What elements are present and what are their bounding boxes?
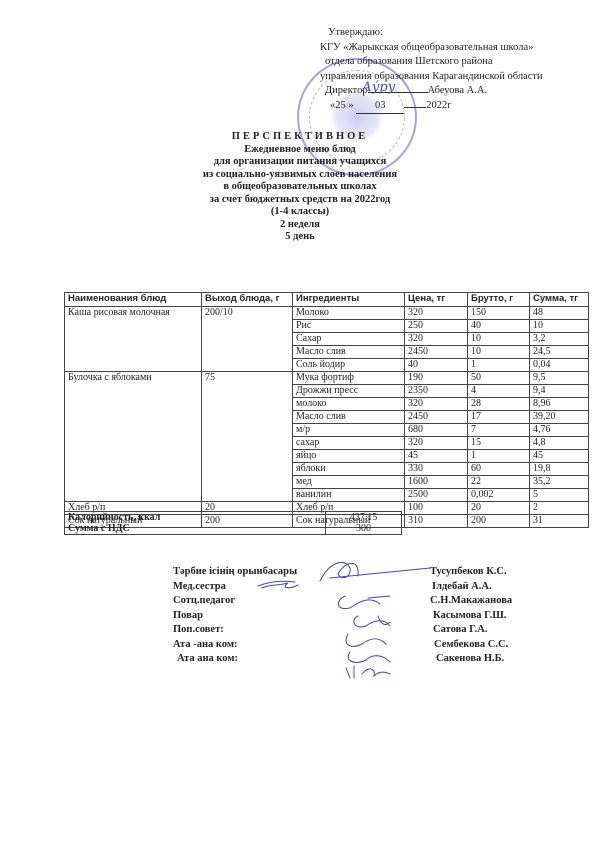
table-header-row: Наименования блюд Выход блюда, г Ингреди… — [65, 293, 589, 307]
commission-name: Касымова Г.Ш. — [430, 609, 512, 624]
director-signature: Ау́ру — [362, 80, 395, 95]
ingredient-name-cell: Мука фортиф — [293, 372, 405, 385]
ingredient-name-cell: м/р — [293, 424, 405, 437]
ingredient-name-cell: Дрожжи пресс — [293, 385, 405, 398]
price-cell: 2350 — [405, 385, 468, 398]
calories-label: Калорийность, ккал — [68, 512, 322, 523]
title-line: 2 неделя — [0, 219, 600, 232]
sum-cell: 24,5 — [530, 346, 589, 359]
title-heading: ПЕРСПЕКТИВНОЕ — [0, 131, 600, 144]
approval-line-3: отдела образования Шетского района — [320, 55, 543, 70]
table-row: Каша рисовая молочная200/10Молоко3201504… — [65, 307, 589, 320]
price-cell: 680 — [405, 424, 468, 437]
dish-yield-cell: 75 — [202, 372, 293, 502]
gross-cell: 0,002 — [468, 489, 530, 502]
dish-name-cell: Булочка с яблоками — [65, 372, 202, 502]
title-line: (1-4 классы) — [0, 206, 600, 219]
ingredient-name-cell: молоко — [293, 398, 405, 411]
sum-cell: 4,8 — [530, 437, 589, 450]
sum-cell: 5 — [530, 489, 589, 502]
sum-cell: 39,20 — [530, 411, 589, 424]
calories-value: 437,15 — [329, 512, 398, 523]
gross-cell: 60 — [468, 463, 530, 476]
gross-cell: 200 — [468, 515, 530, 528]
gross-cell: 17 — [468, 411, 530, 424]
document-title: ПЕРСПЕКТИВНОЕ Ежедневное меню блюд для о… — [0, 131, 600, 244]
price-cell: 310 — [405, 515, 468, 528]
price-cell: 320 — [405, 437, 468, 450]
approval-line-1: Утверждаю: — [320, 26, 543, 41]
price-cell: 250 — [405, 320, 468, 333]
gross-cell: 15 — [468, 437, 530, 450]
gross-cell: 10 — [468, 333, 530, 346]
totals-values: 437,15 300 — [326, 512, 402, 535]
price-cell: 40 — [405, 359, 468, 372]
commission-name: Сембекова С.С. — [430, 638, 512, 653]
price-cell: 45 — [405, 450, 468, 463]
title-line: из социально-уязвимых слоев населения — [0, 169, 600, 182]
sum-cell: 19,8 — [530, 463, 589, 476]
commission-name: С.Н.Макажанова — [430, 594, 512, 609]
header-yield: Выход блюда, г — [202, 293, 293, 307]
gross-cell: 7 — [468, 424, 530, 437]
ingredient-name-cell: яйцо — [293, 450, 405, 463]
sum-cell: 9,5 — [530, 372, 589, 385]
sum-cell: 8,96 — [530, 398, 589, 411]
totals-labels: Калорийность, ккал Сумма с НДС — [65, 512, 326, 535]
ingredient-name-cell: Сахар — [293, 333, 405, 346]
gross-cell: 50 — [468, 372, 530, 385]
approval-line-4: управления образования Карагандинской об… — [320, 70, 543, 85]
commission-name: Сакенова Н.Б. — [430, 652, 512, 667]
sum-cell: 4,76 — [530, 424, 589, 437]
commission-name: Ілдебай А.А. — [430, 580, 512, 595]
sum-cell: 45 — [530, 450, 589, 463]
header-gross: Брутто, г — [468, 293, 530, 307]
price-cell: 320 — [405, 398, 468, 411]
price-cell: 190 — [405, 372, 468, 385]
gross-cell: 20 — [468, 502, 530, 515]
commission-name: Сатова Г.А. — [430, 623, 512, 638]
price-cell: 2500 — [405, 489, 468, 502]
title-line: Ежедневное меню блюд — [0, 144, 600, 157]
ingredient-name-cell: Молоко — [293, 307, 405, 320]
sum-cell: 2 — [530, 502, 589, 515]
price-cell: 320 — [405, 307, 468, 320]
price-cell: 320 — [405, 333, 468, 346]
menu-table: Наименования блюд Выход блюда, г Ингреди… — [64, 292, 589, 528]
totals-table: Калорийность, ккал Сумма с НДС 437,15 30… — [64, 511, 402, 535]
price-cell: 2450 — [405, 411, 468, 424]
totals-row: Калорийность, ккал Сумма с НДС 437,15 30… — [65, 512, 402, 535]
dish-yield-cell: 200/10 — [202, 307, 293, 372]
approval-block: Утверждаю: КГУ «Жарыкская общеобразовате… — [320, 26, 543, 114]
approval-line-2: КГУ «Жарыкская общеобразовательная школа… — [320, 41, 543, 56]
header-sum: Сумма, тг — [530, 293, 589, 307]
commission-name: Тусупбеков К.С. — [430, 565, 512, 580]
sum-cell: 31 — [530, 515, 589, 528]
ingredient-name-cell: Рис — [293, 320, 405, 333]
title-line: в общеобразовательных школах — [0, 181, 600, 194]
gross-cell: 40 — [468, 320, 530, 333]
gross-cell: 28 — [468, 398, 530, 411]
title-line: за счет бюджетных средств на 2022год — [0, 194, 600, 207]
header-ingredients: Ингредиенты — [293, 293, 405, 307]
title-line: 5 день — [0, 231, 600, 244]
ingredient-name-cell: яблоки — [293, 463, 405, 476]
vat-value: 300 — [329, 523, 398, 534]
menu-table-body: Каша рисовая молочная200/10Молоко3201504… — [65, 307, 589, 528]
gross-cell: 10 — [468, 346, 530, 359]
sum-cell: 0,04 — [530, 359, 589, 372]
ingredient-name-cell: Соль йодир — [293, 359, 405, 372]
ingredient-name-cell: ванилин — [293, 489, 405, 502]
date-line: «25 » 032022г — [320, 99, 543, 115]
ingredient-name-cell: Масло слив — [293, 411, 405, 424]
price-cell: 1600 — [405, 476, 468, 489]
price-cell: 2450 — [405, 346, 468, 359]
price-cell: 100 — [405, 502, 468, 515]
sum-cell: 10 — [530, 320, 589, 333]
date-year: 2022г — [426, 100, 451, 111]
vat-label: Сумма с НДС — [68, 523, 322, 534]
sum-cell: 48 — [530, 307, 589, 320]
sum-cell: 3,2 — [530, 333, 589, 346]
header-price: Цена, тг — [405, 293, 468, 307]
gross-cell: 150 — [468, 307, 530, 320]
title-line: для организации питания учащихся — [0, 156, 600, 169]
sum-cell: 9,4 — [530, 385, 589, 398]
commission-names: Тусупбеков К.С. Ілдебай А.А. С.Н.Макажан… — [430, 565, 512, 667]
director-name: Абеуова А.А. — [428, 85, 487, 96]
table-row: Булочка с яблоками75Мука фортиф190509,5 — [65, 372, 589, 385]
signatures-graphic — [250, 556, 440, 681]
ingredient-name-cell: мед — [293, 476, 405, 489]
director-line: ДиректорАбеуова А.А. — [320, 84, 543, 99]
gross-cell: 4 — [468, 385, 530, 398]
sum-cell: 35,2 — [530, 476, 589, 489]
date-month: 03 — [356, 99, 404, 115]
gross-cell: 22 — [468, 476, 530, 489]
dish-name-cell: Каша рисовая молочная — [65, 307, 202, 372]
price-cell: 330 — [405, 463, 468, 476]
gross-cell: 1 — [468, 359, 530, 372]
ingredient-name-cell: сахар — [293, 437, 405, 450]
ingredient-name-cell: Масло слив — [293, 346, 405, 359]
gross-cell: 1 — [468, 450, 530, 463]
date-day: «25 » — [330, 100, 354, 111]
header-dish: Наименования блюд — [65, 293, 202, 307]
